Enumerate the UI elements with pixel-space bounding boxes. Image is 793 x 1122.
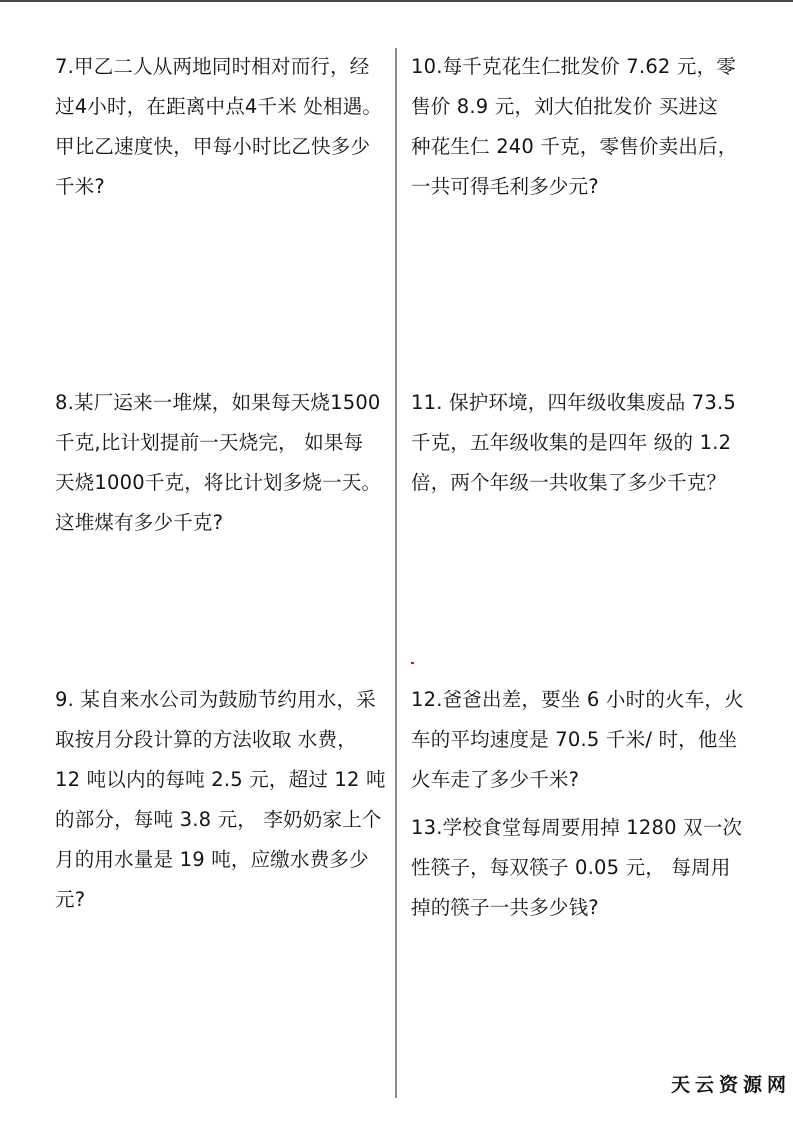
problem-line: 过4小时，在距离中点4千米 处相遇。 [55,87,382,127]
problem-7: 7.甲乙二人从两地同时相对而行，经 过4小时，在距离中点4千米 处相遇。 甲比乙… [55,47,382,207]
problem-line: 这堆煤有多少千克? [55,503,381,543]
problem-line: 13.学校食堂每周要用掉 1280 双一次 [411,808,742,848]
problem-line: 12 吨以内的每吨 2.5 元，超过 12 吨 [55,760,386,800]
problem-line: 倍，两个年级一共收集了多少千克？ [411,463,736,503]
watermark-logo: 天云资源网 [671,1070,791,1097]
problem-line: 11. 保护环境，四年级收集废品 73.5 [411,383,736,423]
problem-line: 7.甲乙二人从两地同时相对而行，经 [55,47,382,87]
problem-line: 千米? [55,167,382,207]
problem-line: 元? [55,880,386,920]
problem-8: 8.某厂运来一堆煤，如果每天烧1500 千克,比计划提前一天烧完， 如果每 天烧… [55,383,381,543]
problem-10: 10.每千克花生仁批发价 7.62 元，零 售价 8.9 元，刘大伯批发价 买进… [411,47,737,207]
problem-line: 天烧1000千克，将比计划多烧一天。 [55,463,381,503]
problem-line: 车的平均速度是 70.5 千米/ 时，他坐 [411,720,744,760]
problem-11: 11. 保护环境，四年级收集废品 73.5 千克，五年级收集的是四年 级的 1.… [411,383,736,503]
problem-line: 火车走了多少千米? [411,760,744,800]
problem-line: 月的用水量是 19 吨，应缴水费多少 [55,840,386,880]
problem-line: 千克,比计划提前一天烧完， 如果每 [55,423,381,463]
problem-9: 9. 某自来水公司为鼓励节约用水，采 取按月分段计算的方法收取 水费， 12 吨… [55,680,386,920]
top-border [0,0,793,2]
problem-12: 12.爸爸出差，要坐 6 小时的火车，火 车的平均速度是 70.5 千米/ 时，… [411,680,744,800]
problem-line: 千克，五年级收集的是四年 级的 1.2 [411,423,736,463]
problem-line: 性筷子，每双筷子 0.05 元， 每周用 [411,848,742,888]
problem-13: 13.学校食堂每周要用掉 1280 双一次 性筷子，每双筷子 0.05 元， 每… [411,808,742,928]
problem-line: 掉的筷子一共多少钱? [411,888,742,928]
problem-line: 甲比乙速度快，甲每小时比乙快多少 [55,127,382,167]
problem-line: 的部分，每吨 3.8 元， 李奶奶家上个 [55,800,386,840]
problem-line: 12.爸爸出差，要坐 6 小时的火车，火 [411,680,744,720]
red-mark [411,662,414,664]
problem-line: 售价 8.9 元，刘大伯批发价 买进这 [411,87,737,127]
problem-line: 取按月分段计算的方法收取 水费， [55,720,386,760]
problem-line: 9. 某自来水公司为鼓励节约用水，采 [55,680,386,720]
problem-line: 一共可得毛利多少元? [411,167,737,207]
problem-line: 8.某厂运来一堆煤，如果每天烧1500 [55,383,381,423]
problem-line: 10.每千克花生仁批发价 7.62 元，零 [411,47,737,87]
column-divider [395,48,397,1098]
problem-line: 种花生仁 240 千克，零售价卖出后， [411,127,737,167]
